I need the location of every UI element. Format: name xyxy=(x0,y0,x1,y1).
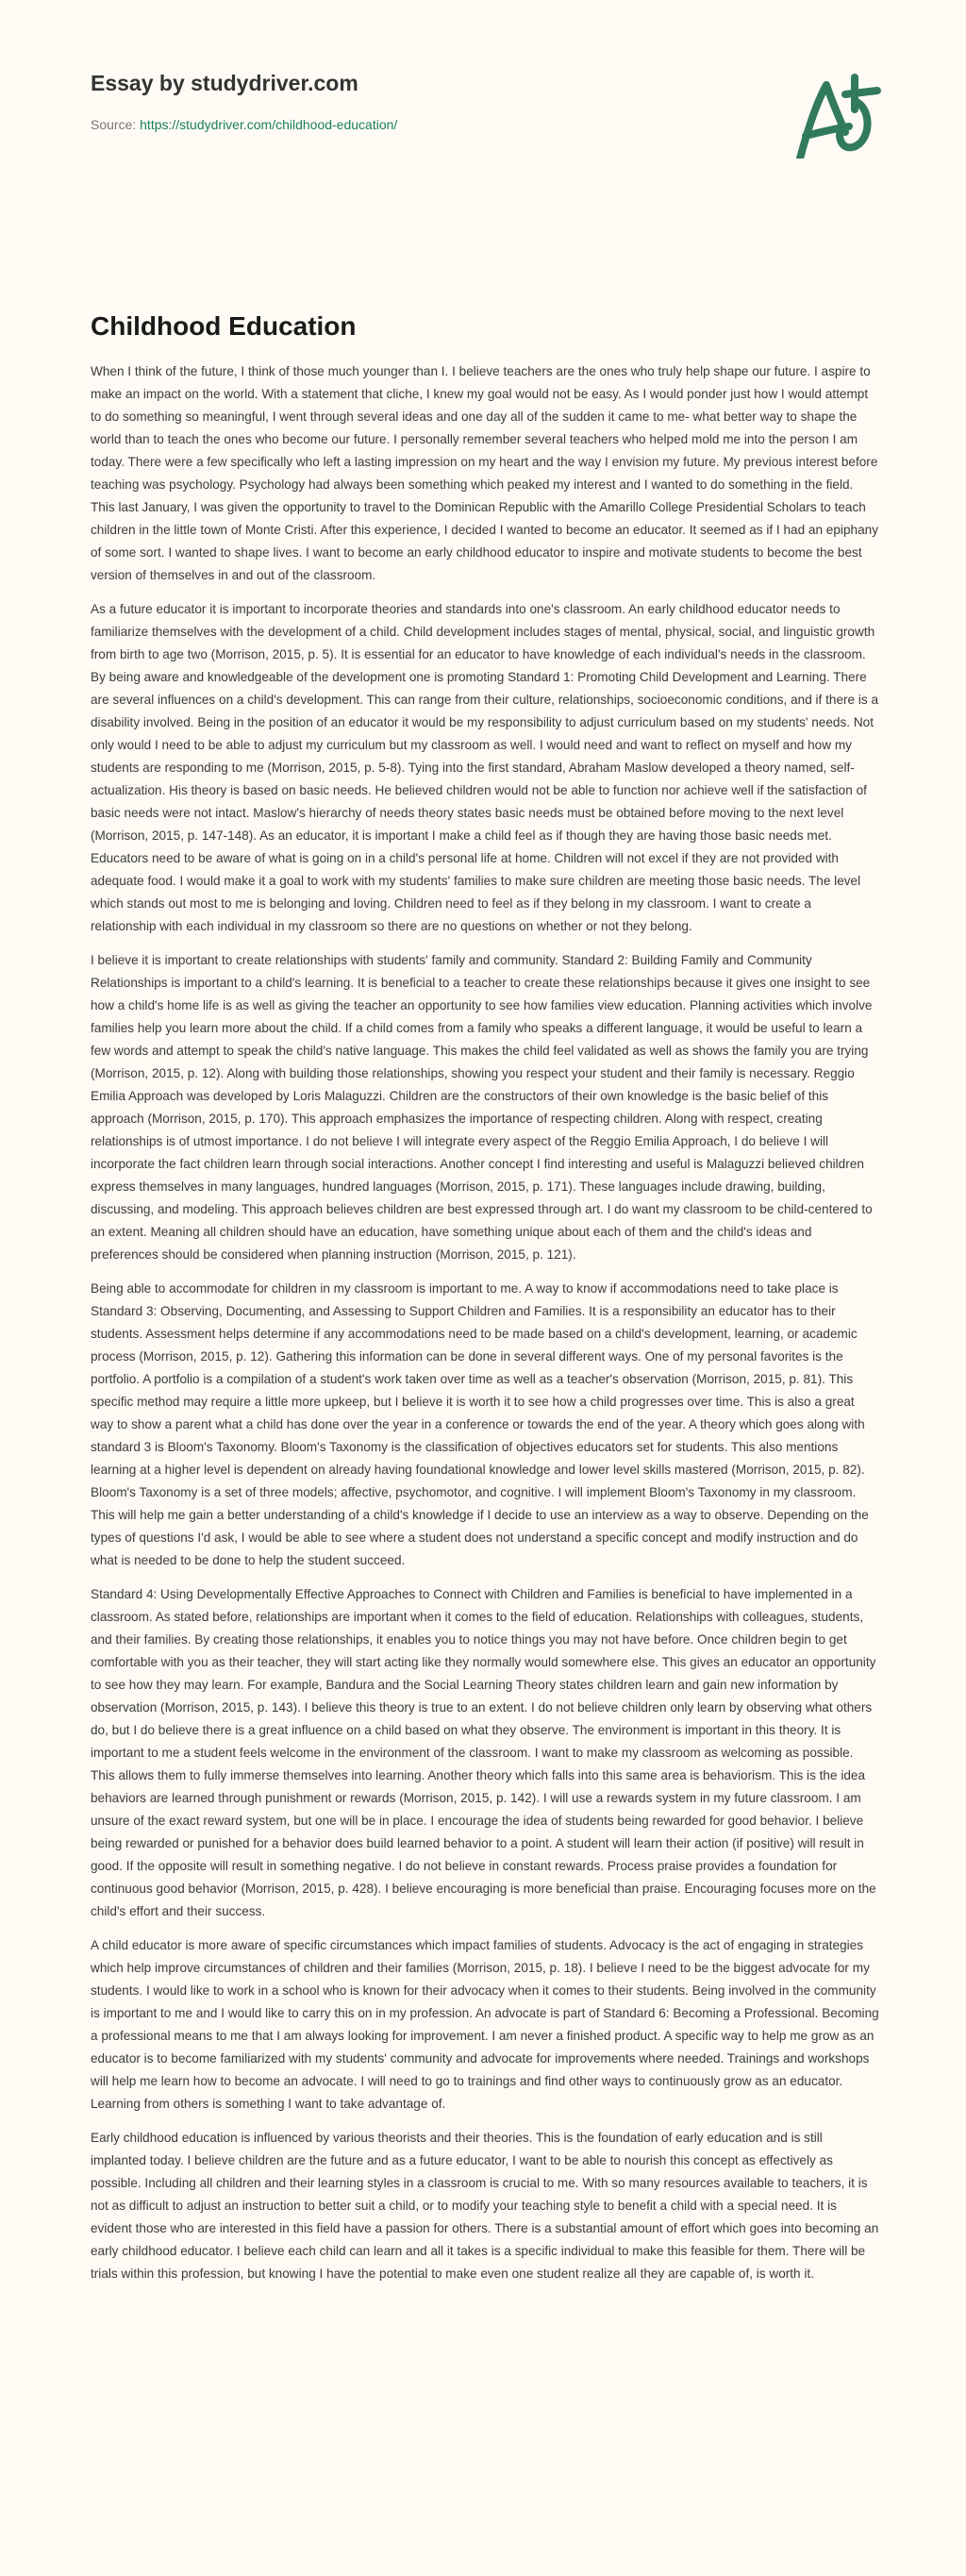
page-header: Essay by studydriver.com Source: https:/… xyxy=(0,0,966,238)
essay-paragraph: As a future educator it is important to … xyxy=(91,598,879,938)
essay-paragraph: I believe it is important to create rela… xyxy=(91,949,879,1266)
source-label: Source: xyxy=(91,117,140,132)
site-title: Essay by studydriver.com xyxy=(91,68,875,98)
essay-content: Childhood Education When I think of the … xyxy=(0,238,966,2334)
source-line: Source: https://studydriver.com/childhoo… xyxy=(91,115,875,134)
a-plus-grade-icon xyxy=(774,64,887,159)
essay-paragraph: Standard 4: Using Developmentally Effect… xyxy=(91,1583,879,1923)
essay-title: Childhood Education xyxy=(91,238,875,343)
source-link[interactable]: https://studydriver.com/childhood-educat… xyxy=(140,117,397,132)
essay-paragraph: When I think of the future, I think of t… xyxy=(91,360,879,587)
essay-paragraph: Being able to accommodate for children i… xyxy=(91,1278,879,1572)
essay-paragraph: A child educator is more aware of specif… xyxy=(91,1934,879,2116)
essay-paragraph: Early childhood education is influenced … xyxy=(91,2127,879,2285)
